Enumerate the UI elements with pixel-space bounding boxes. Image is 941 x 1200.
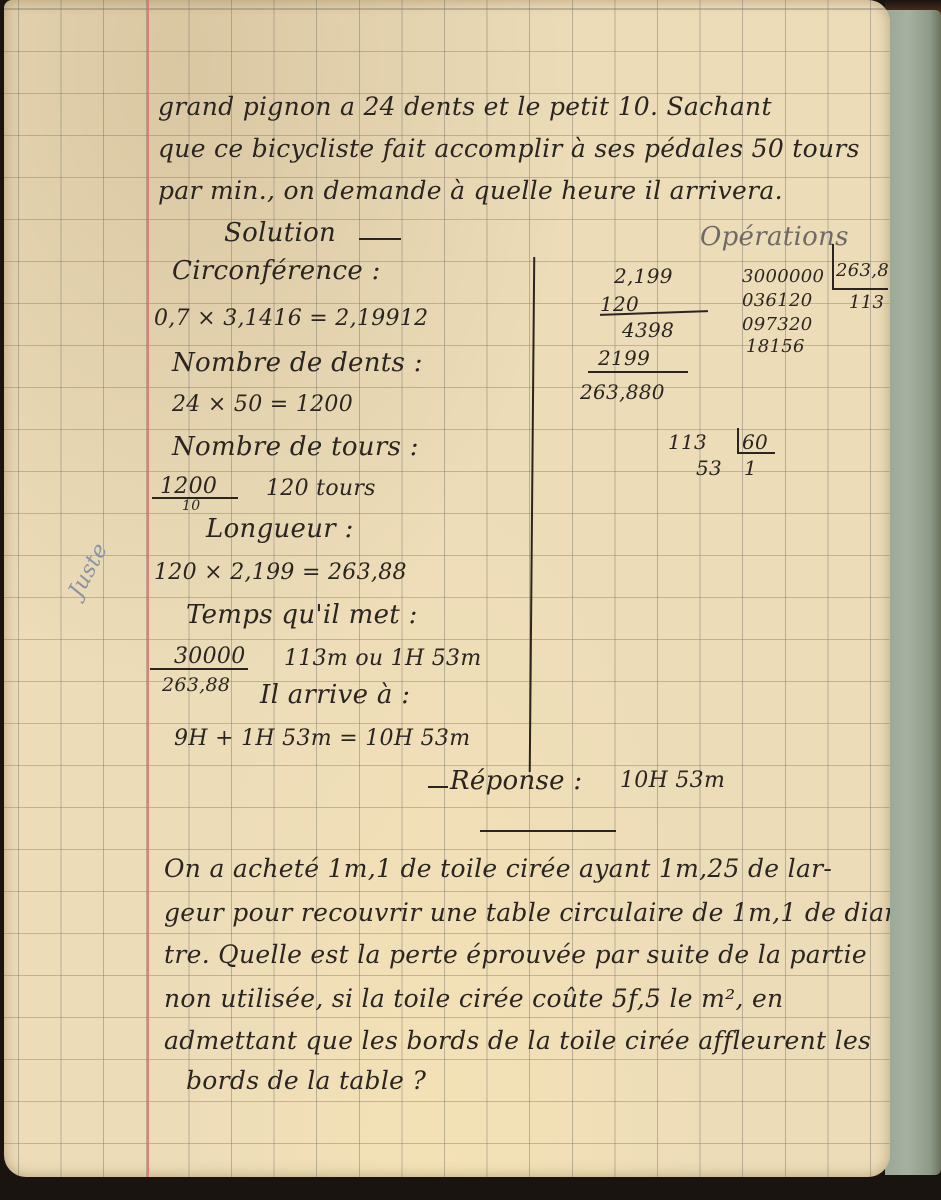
div-step-2: 097320 [742,314,813,335]
mult-product: 263,880 [580,380,665,404]
mult-partial-2: 2199 [598,346,650,370]
turns-numerator: 1200 [160,474,217,499]
min-divisor: 60 [742,430,768,454]
problem2-line-2: geur pour recouvrir une table circulaire… [164,898,890,927]
heading-flourish [359,238,401,240]
arrive-calc: 9H + 1H 53m = 10H 53m [174,726,470,751]
time-label: Temps qu'il met : [186,600,418,630]
mult-rule-2 [588,371,688,373]
problem2-line-6: bords de la table ? [186,1066,426,1095]
problem1-line-1: grand pignon a 24 dents et le petit 10. … [158,92,772,121]
problem1-line-2: que ce bicycliste fait accomplir à ses p… [158,134,860,163]
circumference-calc: 0,7 × 3,1416 = 2,19912 [154,306,428,331]
turns-label: Nombre de tours : [172,432,419,462]
div-divisor: 263,8 [836,260,889,281]
min-dividend: 113 [668,430,707,454]
time-result: 113m ou 1H 53m [284,646,481,671]
circumference-calc-text: 0,7 × 3,1416 = 2,19912 [154,306,428,331]
circumference-label: Circonférence : [172,256,381,286]
turns-denominator: 10 [182,498,200,514]
problem2-line-3: tre. Quelle est la perte éprouvée par su… [164,940,867,969]
answer-value: 10H 53m [620,768,725,793]
problem2-line-4: non utilisée, si la toile cirée coûte 5f… [164,984,783,1013]
arrive-label: Il arrive à : [260,680,410,710]
div-step-3: 18156 [746,336,805,357]
length-calc: 120 × 2,199 = 263,88 [154,560,407,585]
div-quotient: 113 [849,292,884,313]
div-step-1: 036120 [742,290,813,311]
mult-multiplicand: 2,199 [614,264,673,288]
red-margin-line [147,0,149,1177]
answer-dash [428,786,448,788]
time-numerator: 30000 [174,644,246,669]
answer-label: Réponse : [450,766,582,796]
solution-heading: Solution [224,218,336,248]
div-dividend: 3000000 [742,266,824,287]
min-remainder: 53 [696,456,722,480]
turns-result: 120 tours [266,476,376,501]
mult-partial-1: 4398 [622,318,674,342]
length-label: Longueur : [206,514,354,544]
problem2-line-1: On a acheté 1m,1 de toile cirée ayant 1m… [164,854,832,883]
time-denominator: 263,88 [162,674,230,696]
notebook-page: grand pignon a 24 dents et le petit 10. … [4,0,890,1177]
min-quotient: 1 [744,456,757,480]
teeth-calc: 24 × 50 = 1200 [172,392,353,417]
operations-heading: Opérations [700,222,849,252]
time-fraction-bar [150,668,248,670]
problem2-line-5: admettant que les bords de la toile ciré… [164,1026,871,1055]
notebook-spine [885,10,941,1175]
problem1-line-3: par min., on demande à quelle heure il a… [158,176,783,205]
section-separator [480,830,616,832]
teeth-label: Nombre de dents : [172,348,423,378]
